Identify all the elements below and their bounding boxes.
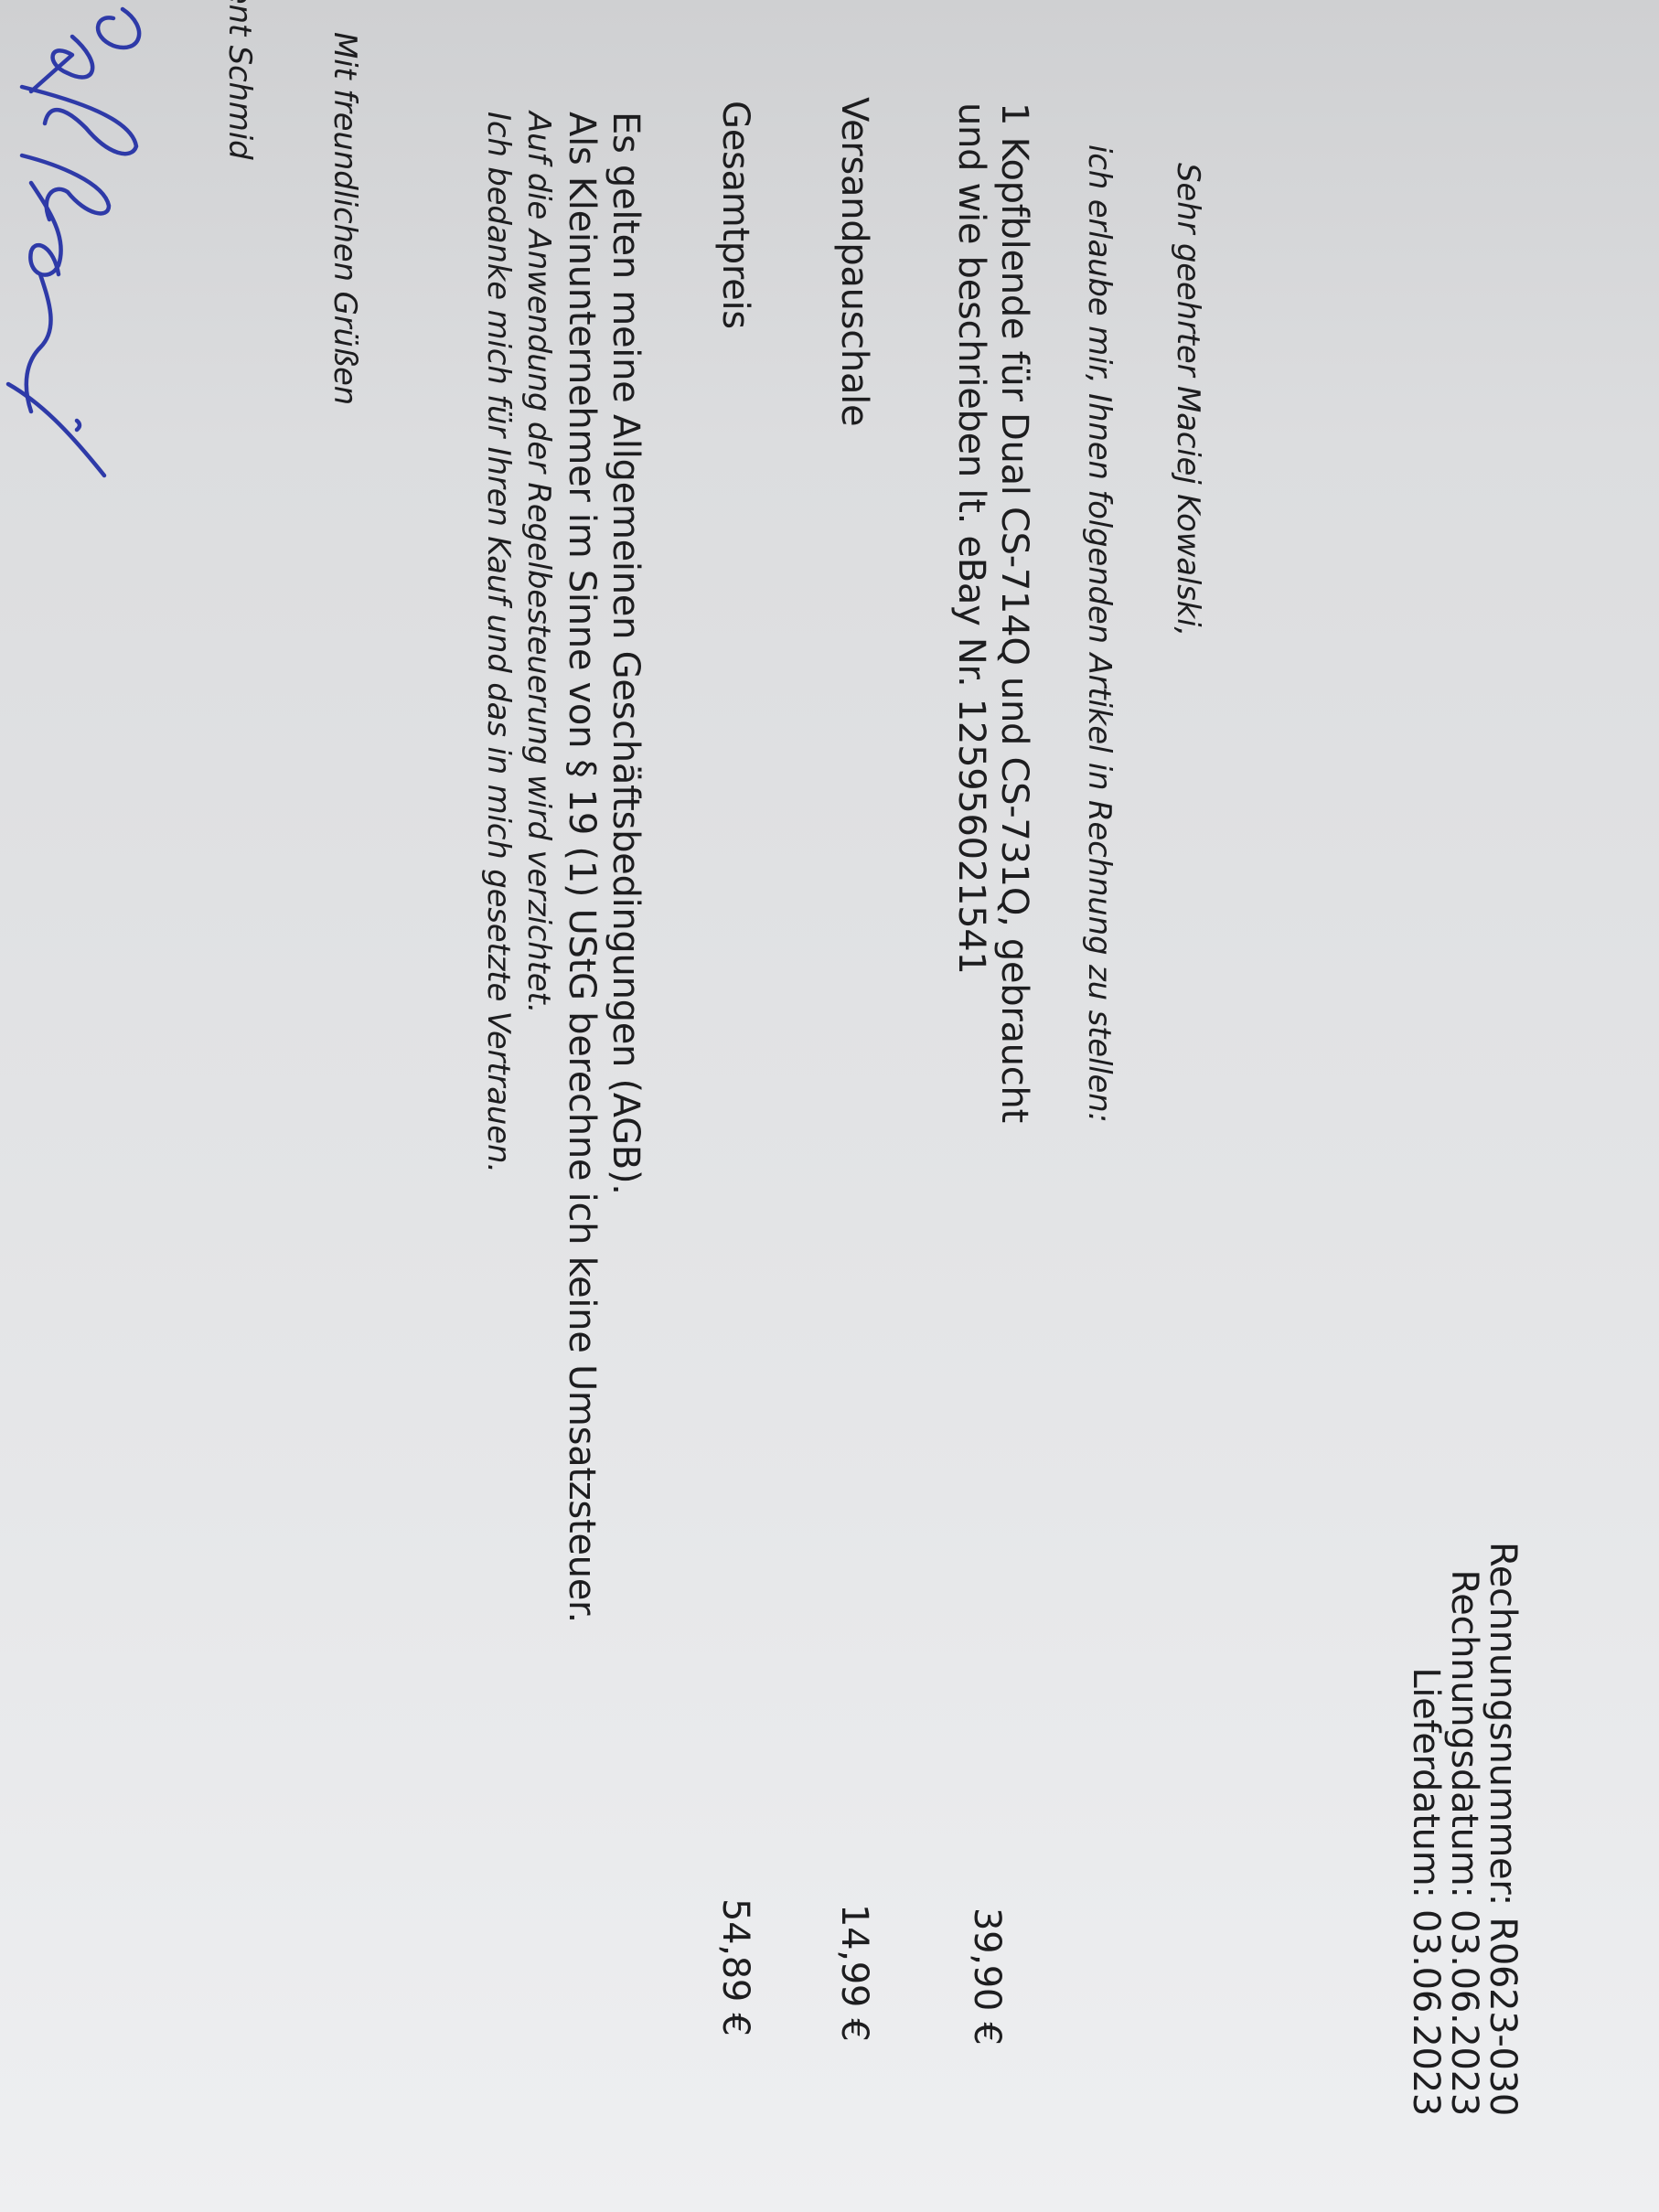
shipping-label: Versandpauschale: [836, 97, 872, 426]
invoice-date: Rechnungsdatum: 03.06.2023: [1445, 1542, 1483, 2116]
item-description-line2: und wie beschrieben lt. eBay Nr. 1259560…: [953, 102, 990, 975]
terms-line-tax: Als Kleinunternehmer im Sinne von § 19 (…: [563, 112, 600, 1623]
signer-name: rent Schmid: [224, 0, 255, 159]
item-description-line1: 1 Kopfblende für Dual CS-714Q und CS-731…: [996, 102, 1033, 1123]
invoice-document: Rechnungsnummer: R0623-030 Rechnungsdatu…: [0, 0, 1659, 2212]
closing: Mit freundlichen Grüßen: [329, 32, 360, 405]
terms-line-regelbesteuerung: Auf die Anwendung der Regelbesteuerung w…: [523, 112, 554, 1013]
item-amount: 39,90 €: [969, 1907, 1005, 2046]
total-label: Gesamtpreis: [717, 101, 754, 329]
salutation: Sehr geehrter Maciej Kowalski,: [1172, 163, 1204, 636]
intro-text: ich erlaube mir, Ihnen folgenden Artikel…: [1084, 144, 1115, 1123]
terms-line-agb: Es gelten meine Allgemeinen Geschäftsbed…: [607, 112, 644, 1195]
terms-line-thanks: Ich bedanke mich für Ihren Kauf und das …: [483, 112, 514, 1173]
delivery-date: Lieferdatum: 03.06.2023: [1407, 1542, 1445, 2116]
total-amount: 54,89 €: [717, 1898, 754, 2036]
invoice-header: Rechnungsnummer: R0623-030 Rechnungsdatu…: [1407, 1542, 1522, 2116]
shipping-amount: 14,99 €: [836, 1904, 872, 2042]
invoice-number: Rechnungsnummer: R0623-030: [1483, 1542, 1522, 2116]
handwritten-signature: [0, 0, 159, 640]
